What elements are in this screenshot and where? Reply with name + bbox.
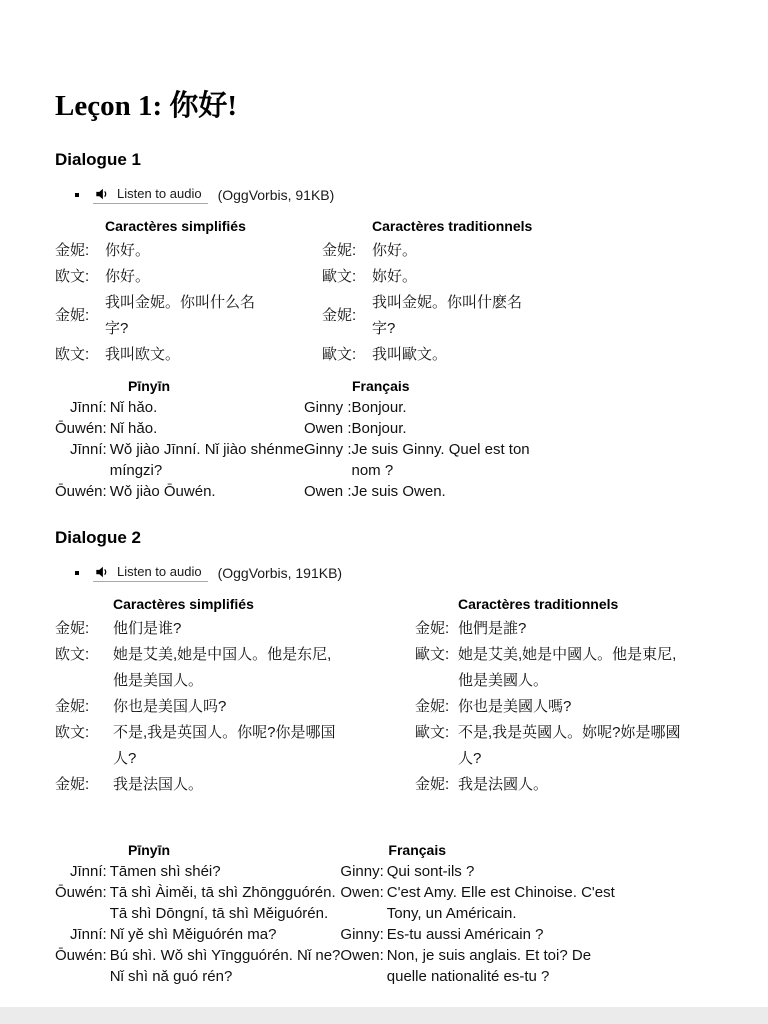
hanzi-traditional-text: 她是艾美,她是中國人。他是東尼, 他是美國人。 (458, 642, 720, 694)
dialogue-row: Ōuwén: Nǐ hǎo. Owen : Bonjour. (55, 418, 530, 439)
dialogue-row: Jīnní: Nǐ hǎo. Ginny : Bonjour. (55, 397, 530, 418)
francais-header: Français (304, 376, 530, 397)
speaker-label: 歐文: (415, 720, 458, 772)
audio-file-meta: (OggVorbis, 91KB) (218, 187, 335, 203)
listen-audio-label: Listen to audio (117, 564, 202, 579)
french-text: Je suis Ginny. Quel est ton nom ? (352, 439, 530, 481)
speaker-label: 金妮: (55, 290, 105, 342)
pinyin-text: Nǐ hǎo. (110, 418, 304, 439)
french-text: Je suis Owen. (352, 481, 530, 502)
hanzi-simplified-text: 你好。 (105, 238, 322, 264)
speaker-label: Owen : (304, 418, 352, 439)
dialogue-row: Jīnní: Nǐ yě shì Měiguórén ma? Ginny: Es… (55, 924, 615, 945)
dialogue2-pinyin-table: Pīnyīn Français Jīnní: Tāmen shì shéi? G… (55, 840, 615, 987)
speaker-label: Owen: (340, 882, 386, 924)
speaker-label: Ōuwén: (55, 945, 110, 987)
pinyin-text: Tāmen shì shéi? (110, 861, 341, 882)
dialogue1-audio-line: Listen to audio (OggVorbis, 91KB) (75, 186, 768, 204)
speaker-label: Ōuwén: (55, 882, 110, 924)
speaker-label: Jīnní: (55, 861, 110, 882)
speaker-label: 金妮: (55, 694, 113, 720)
pinyin-text: Tā shì Àiměi, tā shì Zhōngguórén. Tā shì… (110, 882, 341, 924)
audio-file-meta: (OggVorbis, 191KB) (218, 565, 343, 581)
dialogue2-hanzi-table: Caractères simplifiés Caractères traditi… (55, 592, 720, 798)
speaker-label: 歐文: (322, 342, 372, 368)
dialogue-row: 金妮: 我是法国人。 金妮: 我是法國人。 (55, 772, 720, 798)
hanzi-traditional-text: 我是法國人。 (458, 772, 720, 798)
pinyin-text: Nǐ hǎo. (110, 397, 304, 418)
speaker-label: Jīnní: (55, 439, 110, 481)
speaker-label: Ginny : (304, 439, 352, 481)
simplified-header: Caractères simplifiés (105, 214, 322, 238)
pinyin-header: Pīnyīn (55, 376, 304, 397)
speaker-label: 欧文: (55, 642, 113, 694)
table-header-row: Pīnyīn Français (55, 376, 530, 397)
speaker-label: 金妮: (415, 616, 458, 642)
speaker-label: Jīnní: (55, 397, 110, 418)
french-text: Qui sont-ils ? (387, 861, 615, 882)
speaker-label: 金妮: (415, 694, 458, 720)
traditional-header: Caractères traditionnels (372, 214, 622, 238)
speaker-label: 欧文: (55, 342, 105, 368)
dialogue-row: 欧文: 她是艾美,她是中国人。他是东尼, 他是美国人。 歐文: 她是艾美,她是中… (55, 642, 720, 694)
hanzi-traditional-text: 我叫歐文。 (372, 342, 622, 368)
dialogue-row: 金妮: 他们是谁? 金妮: 他們是誰? (55, 616, 720, 642)
speaker-label: Ōuwén: (55, 481, 110, 502)
page-bottom-strip (0, 1007, 768, 1024)
table-header-row: Pīnyīn Français (55, 840, 615, 861)
dialogue-row: Ōuwén: Tā shì Àiměi, tā shì Zhōngguórén.… (55, 882, 615, 924)
simplified-header: Caractères simplifiés (113, 592, 415, 616)
speaker-label: Ginny: (340, 924, 386, 945)
speaker-label: Owen: (340, 945, 386, 987)
dialogue-row: 金妮: 你也是美国人吗? 金妮: 你也是美國人嗎? (55, 694, 720, 720)
pinyin-text: Bú shì. Wǒ shì Yīngguórén. Nǐ ne? Nǐ shì… (110, 945, 341, 987)
traditional-header: Caractères traditionnels (458, 592, 720, 616)
french-text: C'est Amy. Elle est Chinoise. C'est Tony… (387, 882, 615, 924)
dialogue2-heading: Dialogue 2 (55, 528, 768, 548)
speaker-label: 金妮: (55, 616, 113, 642)
speaker-label: 欧文: (55, 264, 105, 290)
dialogue-row: 欧文: 你好。 歐文: 妳好。 (55, 264, 622, 290)
speaker-label: 金妮: (322, 290, 372, 342)
dialogue2-audio-line: Listen to audio (OggVorbis, 191KB) (75, 564, 768, 582)
hanzi-traditional-text: 你好。 (372, 238, 622, 264)
pinyin-text: Nǐ yě shì Měiguórén ma? (110, 924, 341, 945)
listen-audio-link[interactable]: Listen to audio (93, 186, 208, 204)
speaker-label: 金妮: (415, 772, 458, 798)
speaker-label: Ginny: (340, 861, 386, 882)
listen-audio-link[interactable]: Listen to audio (93, 564, 208, 582)
dialogue-row: 金妮: 我叫金妮。你叫什么名 字? 金妮: 我叫金妮。你叫什麽名 字? (55, 290, 622, 342)
dialogue-row: Ōuwén: Wǒ jiào Ōuwén. Owen : Je suis Owe… (55, 481, 530, 502)
dialogue1-pinyin-table: Pīnyīn Français Jīnní: Nǐ hǎo. Ginny : B… (55, 376, 530, 502)
dialogue1-heading: Dialogue 1 (55, 150, 768, 170)
speaker-icon (95, 187, 109, 201)
speaker-label: 金妮: (55, 238, 105, 264)
speaker-label: 金妮: (55, 772, 113, 798)
hanzi-simplified-text: 不是,我是英国人。你呢?你是哪国 人? (113, 720, 415, 772)
hanzi-simplified-text: 我是法国人。 (113, 772, 415, 798)
dialogue-row: 金妮: 你好。 金妮: 你好。 (55, 238, 622, 264)
document-page: Leçon 1: 你好! Dialogue 1 Listen to audio … (0, 0, 768, 1024)
dialogue-row: Jīnní: Wǒ jiào Jīnní. Nǐ jiào shénme mín… (55, 439, 530, 481)
hanzi-simplified-text: 你也是美国人吗? (113, 694, 415, 720)
speaker-label: 歐文: (415, 642, 458, 694)
francais-header: Français (340, 840, 614, 861)
speaker-label: 金妮: (322, 238, 372, 264)
french-text: Es-tu aussi Américain ? (387, 924, 615, 945)
page-title: Leçon 1: 你好! (0, 0, 768, 124)
speaker-label: Jīnní: (55, 924, 110, 945)
speaker-label: Owen : (304, 481, 352, 502)
list-bullet (75, 571, 79, 575)
pinyin-text: Wǒ jiào Jīnní. Nǐ jiào shénme míngzi? (110, 439, 304, 481)
speaker-label: 歐文: (322, 264, 372, 290)
hanzi-traditional-text: 我叫金妮。你叫什麽名 字? (372, 290, 622, 342)
dialogue1-hanzi-table: Caractères simplifiés Caractères traditi… (55, 214, 622, 368)
hanzi-traditional-text: 你也是美國人嗎? (458, 694, 720, 720)
hanzi-traditional-text: 妳好。 (372, 264, 622, 290)
table-header-row: Caractères simplifiés Caractères traditi… (55, 592, 720, 616)
french-text: Non, je suis anglais. Et toi? De quelle … (387, 945, 615, 987)
hanzi-traditional-text: 他們是誰? (458, 616, 720, 642)
dialogue-row: Jīnní: Tāmen shì shéi? Ginny: Qui sont-i… (55, 861, 615, 882)
french-text: Bonjour. (352, 397, 530, 418)
pinyin-text: Wǒ jiào Ōuwén. (110, 481, 304, 502)
french-text: Bonjour. (352, 418, 530, 439)
list-bullet (75, 193, 79, 197)
dialogue-row: 欧文: 我叫欧文。 歐文: 我叫歐文。 (55, 342, 622, 368)
speaker-label: Ōuwén: (55, 418, 110, 439)
dialogue-row: Ōuwén: Bú shì. Wǒ shì Yīngguórén. Nǐ ne?… (55, 945, 615, 987)
speaker-label: Ginny : (304, 397, 352, 418)
dialogue-row: 欧文: 不是,我是英国人。你呢?你是哪国 人? 歐文: 不是,我是英國人。妳呢?… (55, 720, 720, 772)
hanzi-simplified-text: 她是艾美,她是中国人。他是东尼, 他是美国人。 (113, 642, 415, 694)
hanzi-traditional-text: 不是,我是英國人。妳呢?妳是哪國 人? (458, 720, 720, 772)
hanzi-simplified-text: 我叫金妮。你叫什么名 字? (105, 290, 322, 342)
speaker-label: 欧文: (55, 720, 113, 772)
pinyin-header: Pīnyīn (55, 840, 340, 861)
speaker-icon (95, 565, 109, 579)
hanzi-simplified-text: 我叫欧文。 (105, 342, 322, 368)
hanzi-simplified-text: 你好。 (105, 264, 322, 290)
table-header-row: Caractères simplifiés Caractères traditi… (55, 214, 622, 238)
listen-audio-label: Listen to audio (117, 186, 202, 201)
hanzi-simplified-text: 他们是谁? (113, 616, 415, 642)
